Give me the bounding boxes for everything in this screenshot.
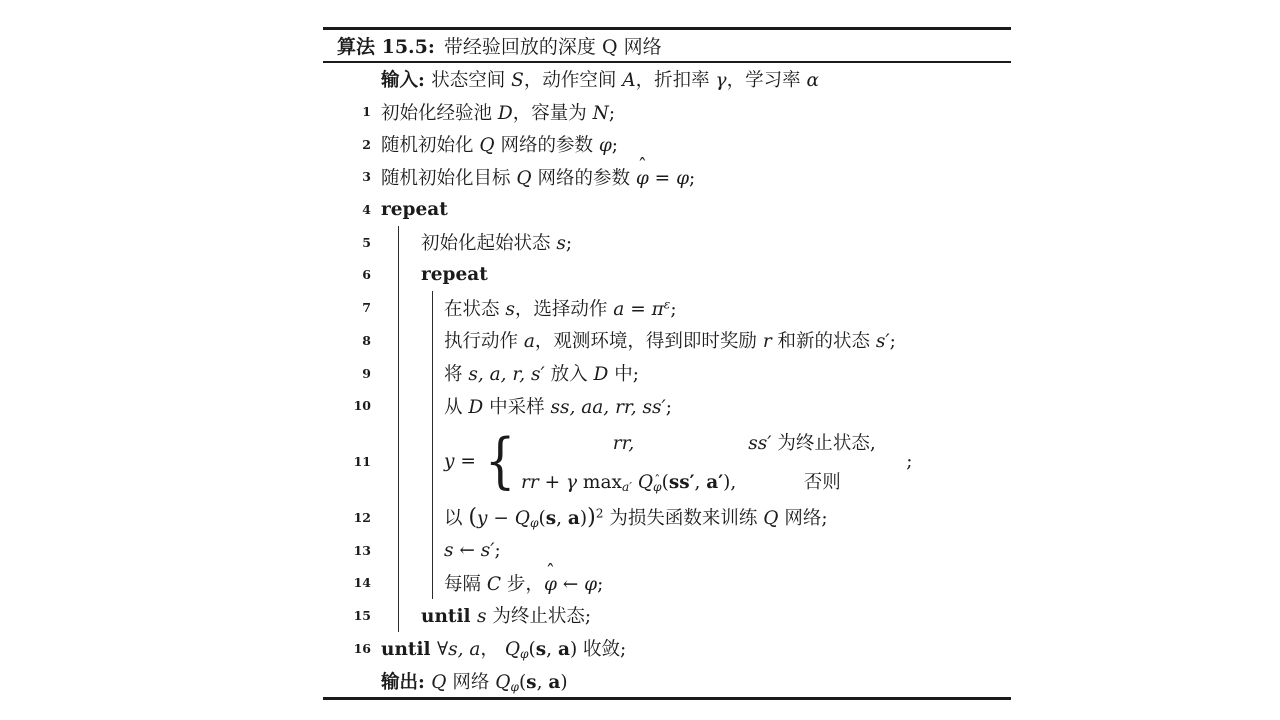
indent-guide: [398, 259, 399, 292]
text-segment: 为终止状态;: [486, 606, 591, 627]
text-segment: a: [548, 672, 560, 693]
text-segment: ，折扣率: [636, 70, 716, 91]
text-segment: ss′: [669, 472, 695, 493]
text-segment: (: [529, 639, 536, 660]
text-segment: 初始化起始状态: [421, 233, 556, 254]
line-content: 输出: Q 网络 Qφ(s, a): [323, 668, 568, 694]
text-segment: =: [649, 168, 676, 189]
text-segment: Q: [638, 472, 653, 493]
text-segment: 中;: [608, 364, 639, 385]
text-segment: s′: [481, 540, 495, 561]
indent-guide: [432, 357, 433, 390]
text-segment: φ: [510, 680, 519, 694]
text-segment: =: [624, 299, 651, 320]
text-segment: rr,: [613, 433, 635, 454]
text-segment: ，: [480, 639, 504, 660]
text-segment: ss, aa, rr, ss′: [551, 397, 666, 418]
text-segment: a: [568, 508, 580, 529]
algo-line-15: 15until s 为终止状态;: [323, 599, 1011, 632]
text-segment: 否则: [804, 472, 841, 493]
text-segment: ;: [666, 397, 672, 418]
text-segment: ss′: [748, 433, 771, 454]
text-segment: 输入:: [381, 70, 431, 91]
text-segment: γ: [716, 70, 727, 91]
algo-line-input: 输入: 状态空间 S，动作空间 A，折扣率 γ，学习率 α: [323, 63, 1011, 96]
algo-line-7: 7在状态 s，选择动作 a = πε;: [323, 291, 1011, 324]
indent-guide: [432, 501, 433, 534]
line-number: 4: [323, 193, 371, 226]
algo-line-10: 10从 D 中采样 ss, aa, rr, ss′;: [323, 389, 1011, 422]
equation-tail: ;: [906, 451, 912, 472]
text-segment: 收敛;: [577, 639, 626, 660]
text-segment: repeat: [421, 264, 488, 285]
algo-line-5: 5初始化起始状态 s;: [323, 226, 1011, 259]
equation-lhs: y =: [444, 451, 476, 472]
text-segment: s: [546, 508, 556, 529]
text-segment: =: [454, 451, 475, 472]
text-segment: y: [477, 508, 487, 529]
text-segment: a′: [706, 472, 723, 493]
text-segment: C: [487, 574, 501, 595]
case-value: rr + γ maxa′ Qφ(ss′, a′),: [521, 472, 736, 493]
text-segment: ，容量为: [513, 103, 593, 124]
cases-block: rr,ss′ 为终止状态,rr + γ maxa′ Qφ(ss′, a′),否则: [521, 429, 896, 494]
algo-line-12: 12以 (y − Qφ(s, a))2 为损失函数来训练 Q 网络;: [323, 501, 1011, 534]
algo-line-11: 11y = {rr,ss′ 为终止状态,rr + γ maxa′ Qφ(ss′,…: [323, 422, 1011, 501]
indent-guide: [398, 226, 399, 259]
text-segment: ;: [670, 299, 676, 320]
text-segment: ;: [689, 168, 695, 189]
algorithm-title: 带经验回放的深度 Q 网络: [444, 32, 662, 59]
algorithm-box: 算法 15.5: 带经验回放的深度 Q 网络 输入: 状态空间 S，动作空间 A…: [323, 27, 1011, 700]
indent-guide: [432, 324, 433, 357]
text-segment: s: [526, 672, 536, 693]
text-segment: D: [468, 397, 483, 418]
algo-line-3: 3随机初始化目标 Q 网络的参数 φ = φ;: [323, 161, 1011, 194]
text-segment: ←: [557, 574, 584, 595]
text-segment: ←: [454, 540, 481, 561]
text-segment: until: [421, 606, 477, 627]
algo-line-9: 9将 s, a, r, s′ 放入 D 中;: [323, 357, 1011, 390]
text-segment: until: [381, 639, 437, 660]
text-segment: Q: [763, 508, 778, 529]
text-segment: rr: [521, 472, 539, 493]
text-segment: 在状态: [444, 299, 505, 320]
line-content: 在状态 s，选择动作 a = πε;: [323, 295, 677, 321]
text-segment: 2: [596, 507, 604, 521]
algo-line-4: 4repeat: [323, 193, 1011, 226]
algo-line-2: 2随机初始化 Q 网络的参数 φ;: [323, 128, 1011, 161]
algorithm-body: 输入: 状态空间 S，动作空间 A，折扣率 γ，学习率 α1初始化经验池 D，容…: [323, 63, 1011, 698]
algo-line-1: 1初始化经验池 D，容量为 N;: [323, 95, 1011, 128]
text-segment: s: [505, 299, 515, 320]
line-number: 9: [323, 357, 371, 390]
case-row: rr,ss′ 为终止状态,: [521, 429, 896, 455]
text-segment: a: [558, 639, 570, 660]
indent-guide: [398, 291, 399, 324]
text-segment: 网络的参数: [495, 135, 599, 156]
text-segment: s: [556, 233, 566, 254]
text-segment: y: [444, 451, 454, 472]
line-number: 15: [323, 599, 371, 632]
text-segment: 为损失函数来训练: [604, 508, 764, 529]
text-segment: ;: [566, 233, 572, 254]
line-content: 输入: 状态空间 S，动作空间 A，折扣率 γ，学习率 α: [323, 66, 819, 92]
algo-line-16: 16until ∀s, a， Qφ(s, a) 收敛;: [323, 632, 1011, 665]
case-condition: 否则: [748, 468, 896, 494]
case-condition: ss′ 为终止状态,: [738, 429, 886, 455]
text-segment: ∀: [437, 639, 448, 660]
text-segment: ): [587, 504, 596, 530]
line-number: 14: [323, 566, 371, 599]
text-segment: ;: [890, 331, 896, 352]
line-number: 13: [323, 534, 371, 567]
text-segment: 随机初始化目标: [381, 168, 516, 189]
text-segment: s: [536, 639, 546, 660]
line-content: 从 D 中采样 ss, aa, rr, ss′;: [323, 393, 672, 419]
line-number: 5: [323, 226, 371, 259]
text-segment: φ: [584, 574, 597, 595]
algorithm-label: 算法 15.5:: [337, 32, 435, 59]
text-segment: 每隔: [444, 574, 487, 595]
line-number: 1: [323, 95, 371, 128]
line-content: 执行动作 a，观测环境，得到即时奖励 r 和新的状态 s′;: [323, 327, 896, 353]
text-segment: 以: [444, 508, 468, 529]
line-content: y = {rr,ss′ 为终止状态,rr + γ maxa′ Qφ(ss′, a…: [323, 429, 913, 494]
line-number: 8: [323, 324, 371, 357]
text-segment: Q: [495, 672, 510, 693]
text-segment: ,: [695, 472, 707, 493]
text-segment: N: [593, 103, 609, 124]
text-segment: D: [593, 364, 608, 385]
text-segment: φ: [599, 135, 612, 156]
text-segment: ;: [609, 103, 615, 124]
text-segment: γ: [566, 472, 577, 493]
text-segment: a: [613, 299, 624, 320]
text-segment: repeat: [381, 199, 448, 220]
text-segment: 从: [444, 397, 468, 418]
text-segment: s: [444, 540, 454, 561]
text-segment: 网络: [446, 672, 495, 693]
indent-guide: [432, 422, 433, 501]
text-segment: ,: [537, 672, 549, 693]
algo-line-output: 输出: Q 网络 Qφ(s, a): [323, 665, 1011, 698]
text-segment: Q: [515, 508, 530, 529]
text-segment: (: [662, 472, 669, 493]
indent-guide: [432, 291, 433, 324]
line-number: 2: [323, 128, 371, 161]
text-segment: φ: [520, 647, 529, 661]
text-segment: 中采样: [483, 397, 550, 418]
text-segment: 状态空间: [431, 70, 511, 91]
case-row: rr + γ maxa′ Qφ(ss′, a′),否则: [521, 468, 896, 494]
text-segment: 网络;: [778, 508, 827, 529]
line-number: 10: [323, 389, 371, 422]
line-number: 16: [323, 632, 371, 665]
text-segment: ，学习率: [727, 70, 807, 91]
text-segment: Q: [479, 135, 494, 156]
text-segment: (: [468, 504, 477, 530]
text-segment: α: [806, 70, 819, 91]
line-content: 随机初始化目标 Q 网络的参数 φ = φ;: [323, 164, 695, 190]
text-segment: 输出:: [381, 672, 431, 693]
text-segment: 网络的参数: [532, 168, 636, 189]
text-segment: +: [539, 472, 566, 493]
case-value: rr,: [521, 433, 726, 454]
text-segment: s, a: [448, 639, 480, 660]
text-segment: π: [652, 299, 664, 320]
algo-line-14: 14每隔 C 步，φ ← φ;: [323, 566, 1011, 599]
text-segment: ;: [612, 135, 618, 156]
text-segment: ,: [546, 639, 558, 660]
text-segment: φ: [544, 574, 557, 595]
line-number: 3: [323, 161, 371, 194]
text-segment: (: [538, 508, 545, 529]
algo-line-6: 6repeat: [323, 259, 1011, 292]
indent-guide: [398, 501, 399, 534]
text-segment: a′: [622, 480, 632, 494]
text-segment: s′: [876, 331, 890, 352]
indent-guide: [432, 566, 433, 599]
indent-guide: [398, 357, 399, 390]
indent-guide: [432, 389, 433, 422]
text-segment: ;: [597, 574, 603, 595]
text-segment: 执行动作: [444, 331, 524, 352]
indent-guide: [398, 324, 399, 357]
text-segment: A: [622, 70, 635, 91]
text-segment: a: [524, 331, 535, 352]
text-segment: Q: [505, 639, 520, 660]
text-segment: φ: [636, 168, 649, 189]
indent-guide: [398, 389, 399, 422]
text-segment: s, a, r, s′: [468, 364, 544, 385]
line-number: 6: [323, 259, 371, 292]
text-segment: r: [763, 331, 772, 352]
text-segment: 放入: [545, 364, 594, 385]
text-segment: 和新的状态: [772, 331, 876, 352]
text-segment: 初始化经验池: [381, 103, 498, 124]
algorithm-title-row: 算法 15.5: 带经验回放的深度 Q 网络: [323, 30, 1011, 61]
text-segment: ，观测环境，得到即时奖励: [535, 331, 763, 352]
text-segment: ,: [556, 508, 568, 529]
text-segment: 将: [444, 364, 468, 385]
indent-guide: [398, 599, 399, 632]
text-segment: ，选择动作: [515, 299, 613, 320]
text-segment: D: [498, 103, 513, 124]
line-number: 7: [323, 291, 371, 324]
cases-brace: {: [485, 433, 516, 490]
text-segment: S: [511, 70, 524, 91]
text-segment: 步，: [501, 574, 544, 595]
text-segment: ，动作空间: [524, 70, 622, 91]
indent-guide: [432, 534, 433, 567]
text-segment: ;: [494, 540, 500, 561]
indent-guide: [398, 422, 399, 501]
text-segment: max: [577, 472, 622, 493]
indent-guide: [398, 566, 399, 599]
text-segment: φ: [676, 168, 689, 189]
text-segment: 为终止状态,: [772, 433, 876, 454]
algo-line-13: 13s ← s′;: [323, 534, 1011, 567]
text-segment: ): [560, 672, 567, 693]
text-segment: ),: [723, 472, 736, 493]
text-segment: 随机初始化: [381, 135, 479, 156]
line-number: 12: [323, 501, 371, 534]
text-segment: Q: [431, 672, 446, 693]
bottom-rule: [323, 697, 1011, 700]
text-segment: −: [488, 508, 515, 529]
line-number: 11: [323, 422, 371, 501]
text-segment: Q: [516, 168, 531, 189]
indent-guide: [398, 534, 399, 567]
algo-line-8: 8执行动作 a，观测环境，得到即时奖励 r 和新的状态 s′;: [323, 324, 1011, 357]
